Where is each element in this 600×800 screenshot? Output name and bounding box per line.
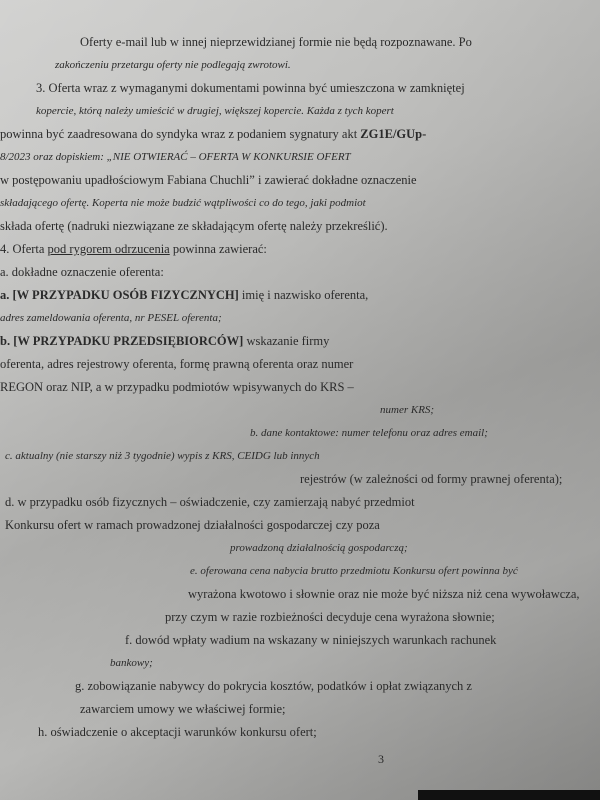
- paragraph-line: zawarciem umowy we właściwej formie;: [80, 701, 285, 717]
- list-item-c: c. aktualny (nie starszy niż 3 tygodnie)…: [5, 448, 320, 464]
- text-span: 4. Oferta: [0, 242, 48, 256]
- paragraph-line: zakończeniu przetargu oferty nie podlega…: [55, 57, 291, 73]
- paragraph-line: w postępowaniu upadłościowym Fabiana Chu…: [0, 172, 417, 188]
- paragraph-line: prowadzoną działalnością gospodarczą;: [230, 540, 408, 556]
- paragraph-line: 8/2023 oraz dopiskiem: „NIE OTWIERAĆ – O…: [0, 149, 351, 165]
- dark-edge: [418, 790, 600, 800]
- paragraph-line: składa ofertę (nadruki niezwiązane ze sk…: [0, 218, 388, 234]
- list-item-d: d. w przypadku osób fizycznych – oświadc…: [5, 494, 415, 510]
- paragraph-line: rejestrów (w zależności od formy prawnej…: [300, 471, 562, 487]
- case-signature: ZG1E/GUp-: [360, 127, 426, 141]
- paragraph-line: adres zameldowania oferenta, nr PESEL of…: [0, 310, 222, 326]
- page-number: 3: [378, 752, 384, 767]
- bold-heading: b. [W PRZYPADKU PRZEDSIĘBIORCÓW]: [0, 334, 243, 348]
- list-item-4: 4. Oferta pod rygorem odrzucenia powinna…: [0, 241, 267, 257]
- paragraph-line: numer KRS;: [380, 402, 434, 418]
- paragraph-line: wyrażona kwotowo i słownie oraz nie może…: [188, 586, 580, 602]
- paragraph-line: oferenta, adres rejestrowy oferenta, for…: [0, 356, 353, 372]
- paragraph-line: kopercie, którą należy umieścić w drugie…: [36, 103, 394, 119]
- underlined-text: pod rygorem odrzucenia: [48, 242, 170, 256]
- list-item-h: h. oświadczenie o akceptacji warunków ko…: [38, 724, 317, 740]
- paragraph-line: Konkursu ofert w ramach prowadzonej dzia…: [5, 517, 380, 533]
- sub-item-b: b. [W PRZYPADKU PRZEDSIĘBIORCÓW] wskazan…: [0, 333, 329, 349]
- list-item-f: f. dowód wpłaty wadium na wskazany w nin…: [125, 632, 496, 648]
- sub-item-a: a. [W PRZYPADKU OSÓB FIZYCZNYCH] imię i …: [0, 287, 368, 303]
- paragraph-line: powinna być zaadresowana do syndyka wraz…: [0, 126, 426, 142]
- paragraph-line: REGON oraz NIP, a w przypadku podmiotów …: [0, 379, 354, 395]
- bold-heading: a. [W PRZYPADKU OSÓB FIZYCZNYCH]: [0, 288, 239, 302]
- paragraph-line: przy czym w razie rozbieżności decyduje …: [165, 609, 495, 625]
- text-span: imię i nazwisko oferenta,: [239, 288, 368, 302]
- paragraph-line: Oferty e-mail lub w innej nieprzewidzian…: [80, 34, 472, 50]
- list-item-a: a. dokładne oznaczenie oferenta:: [0, 264, 164, 280]
- list-item-b: b. dane kontaktowe: numer telefonu oraz …: [250, 425, 488, 441]
- text-span: powinna zawierać:: [170, 242, 267, 256]
- paragraph-line: składającego ofertę. Koperta nie może bu…: [0, 195, 366, 211]
- list-item-e: e. oferowana cena nabycia brutto przedmi…: [190, 563, 518, 579]
- list-item-3: 3. Oferta wraz z wymaganymi dokumentami …: [36, 80, 465, 96]
- paragraph-line: bankowy;: [110, 655, 153, 671]
- text-span: wskazanie firmy: [243, 334, 329, 348]
- text-span: powinna być zaadresowana do syndyka wraz…: [0, 127, 360, 141]
- list-item-g: g. zobowiązanie nabywcy do pokrycia kosz…: [75, 678, 472, 694]
